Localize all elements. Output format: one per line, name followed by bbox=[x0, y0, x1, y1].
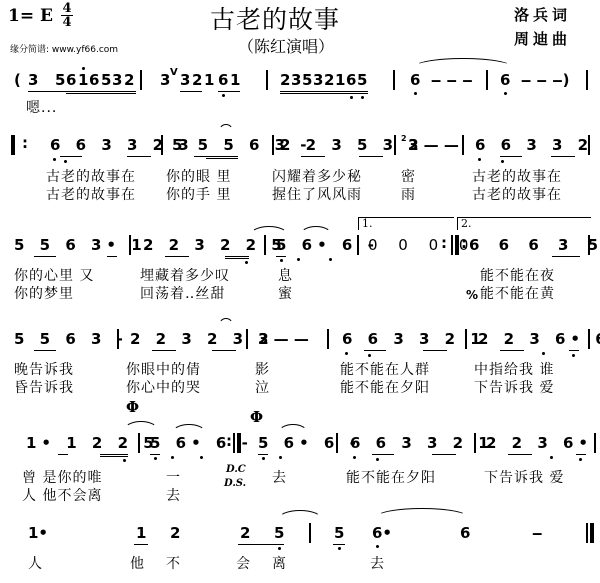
note: 6 bbox=[460, 523, 470, 543]
lyric: 能不能在人群 bbox=[340, 362, 430, 378]
double-underline bbox=[100, 456, 128, 457]
underline bbox=[180, 91, 202, 92]
lyric: 能不能在夜 bbox=[480, 268, 555, 284]
barline bbox=[246, 329, 248, 349]
note: 3 bbox=[160, 70, 170, 90]
underline bbox=[258, 454, 268, 455]
underline bbox=[372, 454, 394, 455]
lyric: 去 bbox=[370, 556, 385, 572]
note: 3 bbox=[112, 70, 122, 90]
tie bbox=[376, 508, 468, 517]
breath-mark: V bbox=[170, 63, 178, 83]
lyric: 能不能在夕阳 bbox=[340, 380, 430, 396]
repeat-dots: : bbox=[441, 233, 447, 253]
low-octave-dot bbox=[376, 458, 379, 461]
note: 5 bbox=[274, 523, 284, 543]
underline bbox=[150, 454, 160, 455]
repeat-end-barline bbox=[233, 433, 235, 453]
grace-note: 2 bbox=[401, 129, 407, 149]
note: 2 bbox=[192, 70, 202, 90]
low-octave-dot bbox=[329, 258, 332, 261]
measure: 2 2 3 6• 6 bbox=[478, 329, 600, 349]
barline bbox=[394, 135, 396, 155]
lyric: 一 bbox=[166, 470, 181, 486]
high-octave-dot bbox=[82, 67, 85, 70]
underline bbox=[127, 156, 151, 157]
low-octave-dot bbox=[245, 261, 248, 264]
fermata bbox=[218, 124, 234, 133]
underline bbox=[238, 544, 284, 545]
low-octave-dot bbox=[280, 259, 283, 262]
lyric: 中指给我 谁 bbox=[474, 362, 554, 378]
note: 3 bbox=[291, 70, 301, 90]
intro-lyric: 嗯... bbox=[26, 100, 57, 116]
lyric: 你眼中的倩 bbox=[126, 362, 201, 378]
barline bbox=[264, 235, 266, 255]
underline bbox=[152, 350, 176, 351]
measure: 5 5 6 3• 1 bbox=[14, 235, 147, 255]
lyric: 你心中的哭 bbox=[126, 380, 201, 396]
lyric: 去 bbox=[272, 470, 287, 486]
underline bbox=[569, 350, 579, 351]
final-barline-thick bbox=[590, 523, 594, 543]
barline bbox=[327, 329, 329, 349]
barline bbox=[393, 70, 395, 90]
dash: ‒ bbox=[532, 523, 542, 543]
underline bbox=[194, 156, 238, 157]
measure: 6 6 3 3 2 3 bbox=[475, 135, 600, 155]
low-octave-dot bbox=[376, 545, 379, 548]
lyric: 晚告诉我 bbox=[14, 362, 74, 378]
low-octave-dot bbox=[279, 456, 282, 459]
lyric: 下告诉我 爱 bbox=[474, 380, 554, 396]
lyric: 你的手 里 bbox=[166, 187, 231, 203]
low-octave-dot bbox=[478, 158, 481, 161]
lyric: 闪耀着多少秘 bbox=[272, 169, 362, 185]
low-octave-dot bbox=[123, 459, 126, 462]
coda-sign: Φ bbox=[250, 408, 263, 426]
note: 1 bbox=[78, 70, 88, 90]
underline bbox=[212, 350, 236, 351]
underline bbox=[576, 454, 586, 455]
dal-segno-marking: D.S. bbox=[224, 478, 246, 490]
note: 1 bbox=[136, 523, 146, 543]
underline bbox=[301, 156, 325, 157]
lyric: 蜜 bbox=[278, 286, 293, 302]
note: 6 bbox=[89, 70, 99, 90]
low-octave-dot bbox=[297, 258, 300, 261]
slur bbox=[218, 318, 234, 327]
tie bbox=[300, 226, 332, 235]
underline bbox=[423, 350, 447, 351]
measure: 2 2 3 6• 6 bbox=[486, 433, 600, 453]
lyric: 你的心里 又 bbox=[14, 268, 94, 284]
lyric: 不 bbox=[166, 556, 181, 572]
underline bbox=[500, 156, 522, 157]
underline bbox=[359, 156, 383, 157]
underline bbox=[551, 156, 575, 157]
note: 5 bbox=[101, 70, 111, 90]
note: 1 bbox=[335, 70, 345, 90]
lyric: 离 bbox=[272, 556, 287, 572]
note: 1• bbox=[28, 523, 48, 543]
low-octave-dot bbox=[368, 354, 371, 357]
lyric: 下告诉我 爱 bbox=[484, 470, 564, 486]
underline bbox=[107, 256, 117, 257]
lyric: 息 bbox=[278, 268, 293, 284]
low-octave-dot bbox=[64, 160, 67, 163]
lyric: 影 bbox=[255, 362, 270, 378]
low-octave-dot bbox=[154, 457, 157, 460]
note: 5 bbox=[357, 70, 367, 90]
lyric: 回荡着‥丝甜 bbox=[140, 286, 225, 302]
low-octave-dot bbox=[345, 352, 348, 355]
underline bbox=[276, 256, 286, 257]
lyric: 去 bbox=[166, 488, 181, 504]
tie bbox=[172, 424, 206, 433]
barline bbox=[309, 523, 311, 543]
barline bbox=[588, 235, 590, 255]
note: 1 bbox=[204, 70, 214, 90]
repeat-end-barline-thick bbox=[237, 433, 241, 453]
measure: 2 2 3 2 3 2 bbox=[130, 329, 274, 349]
note: 3 bbox=[28, 70, 38, 90]
tie bbox=[250, 226, 288, 235]
lyricist-credit: 洛兵词 bbox=[514, 4, 571, 25]
low-octave-dot bbox=[579, 458, 582, 461]
barline bbox=[266, 70, 268, 90]
note: 2 bbox=[280, 70, 290, 90]
measure: 6 6 6 3 5 bbox=[469, 235, 600, 255]
lyric: 密 bbox=[401, 169, 416, 185]
note: 3 bbox=[180, 70, 190, 90]
lyric: 古老的故事在 bbox=[46, 187, 136, 203]
low-octave-dot bbox=[350, 96, 353, 99]
underline bbox=[364, 350, 386, 351]
barline bbox=[474, 433, 476, 453]
barline bbox=[462, 135, 464, 155]
low-octave-dot bbox=[414, 92, 417, 95]
measure: 5 5 6 3 - bbox=[14, 329, 128, 349]
underline bbox=[225, 256, 249, 257]
low-octave-dot bbox=[200, 456, 203, 459]
lyric: 雨 bbox=[401, 187, 416, 203]
tie bbox=[414, 58, 512, 67]
underline bbox=[218, 91, 240, 92]
low-octave-dot bbox=[550, 456, 553, 459]
note: 3 bbox=[313, 70, 323, 90]
low-octave-dot bbox=[53, 158, 56, 161]
low-octave-dot bbox=[278, 547, 281, 550]
low-octave-dot bbox=[361, 96, 364, 99]
double-underline bbox=[66, 93, 136, 94]
lyric: 能不能在黄 bbox=[480, 286, 555, 302]
barline bbox=[588, 135, 590, 155]
measure: 3 — — bbox=[408, 135, 459, 155]
barline bbox=[272, 135, 274, 155]
open-paren: ( bbox=[14, 70, 21, 90]
low-octave-dot bbox=[338, 547, 341, 550]
note: 2 bbox=[240, 523, 250, 543]
barline bbox=[357, 235, 359, 255]
underline bbox=[60, 156, 82, 157]
barline bbox=[129, 235, 131, 255]
repeat-dots: : bbox=[226, 431, 232, 451]
lyric: 昏告诉我 bbox=[14, 380, 74, 396]
lyric: 你的梦里 bbox=[14, 286, 74, 302]
tie bbox=[278, 424, 308, 433]
lyric: 埋藏着多少叹 bbox=[140, 268, 230, 284]
note: 5 bbox=[55, 70, 65, 90]
note: 6 ‒ ‒ ‒) bbox=[500, 70, 570, 90]
note: 5 bbox=[334, 523, 344, 543]
barline bbox=[465, 329, 467, 349]
lyric: 能不能在夕阳 bbox=[346, 470, 436, 486]
underline bbox=[100, 454, 128, 455]
barline bbox=[140, 70, 142, 90]
double-underline bbox=[280, 93, 368, 94]
measure: 3 — — bbox=[258, 329, 309, 349]
lyric: 古老的故事在 bbox=[472, 169, 562, 185]
double-underline bbox=[206, 158, 238, 159]
coda-sign: Φ bbox=[126, 398, 139, 416]
underline bbox=[500, 350, 524, 351]
final-barline bbox=[586, 523, 588, 543]
da-capo-marking: D.C bbox=[226, 464, 246, 476]
note: 6• bbox=[372, 523, 392, 543]
tie bbox=[124, 421, 158, 430]
underline bbox=[508, 454, 532, 455]
barline bbox=[138, 433, 140, 453]
song-title: 古老的故事 bbox=[210, 0, 340, 36]
time-signature-top: 4 bbox=[60, 2, 74, 15]
lyric: 他 bbox=[130, 556, 145, 572]
low-octave-dot bbox=[222, 94, 225, 97]
underline bbox=[58, 454, 68, 455]
low-octave-dot bbox=[504, 92, 507, 95]
time-signature: 4 4 bbox=[60, 2, 74, 29]
low-octave-dot bbox=[171, 456, 174, 459]
low-octave-dot bbox=[353, 456, 356, 459]
time-signature-bottom: 4 bbox=[60, 16, 74, 29]
low-octave-dot bbox=[572, 354, 575, 357]
key-signature: 1= E bbox=[8, 6, 53, 26]
lyric: 古老的故事在 bbox=[472, 187, 562, 203]
note: 6 bbox=[218, 70, 228, 90]
underline bbox=[34, 256, 56, 257]
lyric: 握住了风风雨 bbox=[272, 187, 362, 203]
volta-1: 1. bbox=[358, 217, 454, 230]
low-octave-dot bbox=[542, 352, 545, 355]
low-octave-dot bbox=[501, 160, 504, 163]
segno-sign: % bbox=[466, 288, 478, 302]
note: 2 bbox=[170, 523, 180, 543]
repeat-start-barline bbox=[11, 135, 15, 155]
lyric: 你的眼 里 bbox=[166, 169, 231, 185]
note: 6 ‒ ‒ ‒ bbox=[410, 70, 473, 90]
lyric: 人 bbox=[28, 556, 43, 572]
barline bbox=[586, 70, 588, 90]
underline bbox=[134, 544, 148, 545]
measure: 5 6• 6 - bbox=[276, 235, 379, 255]
note: 2 bbox=[124, 70, 134, 90]
lyric: 人 他不会离 bbox=[22, 488, 102, 504]
measure: 6 6 3 3 2 1 bbox=[350, 433, 494, 453]
note: 2 bbox=[324, 70, 334, 90]
barline bbox=[486, 70, 488, 90]
repeat-end-barline bbox=[451, 235, 453, 255]
underline bbox=[552, 256, 580, 257]
note: 1 bbox=[230, 70, 240, 90]
repeat-dots: : bbox=[22, 133, 28, 153]
lyric: 泣 bbox=[255, 380, 270, 396]
barline bbox=[117, 329, 119, 349]
underline bbox=[280, 91, 368, 92]
song-subtitle: （陈红演唱） bbox=[238, 34, 334, 57]
tie bbox=[278, 510, 322, 519]
underline bbox=[34, 350, 56, 351]
underline bbox=[432, 454, 456, 455]
double-underline bbox=[225, 258, 249, 259]
barline bbox=[594, 433, 596, 453]
underline bbox=[333, 544, 345, 545]
lyric: 古老的故事在 bbox=[46, 169, 136, 185]
low-octave-dot bbox=[262, 457, 265, 460]
lyric: 会 bbox=[236, 556, 251, 572]
repeat-dots: : bbox=[461, 233, 467, 253]
composer-credit: 周迪曲 bbox=[514, 28, 571, 49]
underline bbox=[28, 91, 136, 92]
note: 6 bbox=[66, 70, 76, 90]
underline bbox=[165, 256, 189, 257]
volta-2: 2. bbox=[457, 217, 591, 230]
measure: 5 6• 6 - bbox=[258, 433, 361, 453]
lyric: 曾 是你的唯 bbox=[22, 470, 102, 486]
barline bbox=[161, 135, 163, 155]
note: 6 bbox=[346, 70, 356, 90]
note: 5 bbox=[302, 70, 312, 90]
barline bbox=[588, 329, 590, 349]
site-watermark: 缘分简谱: www.yf66.com bbox=[10, 42, 118, 55]
repeat-end-barline-thick bbox=[455, 235, 459, 255]
barline bbox=[336, 433, 338, 453]
